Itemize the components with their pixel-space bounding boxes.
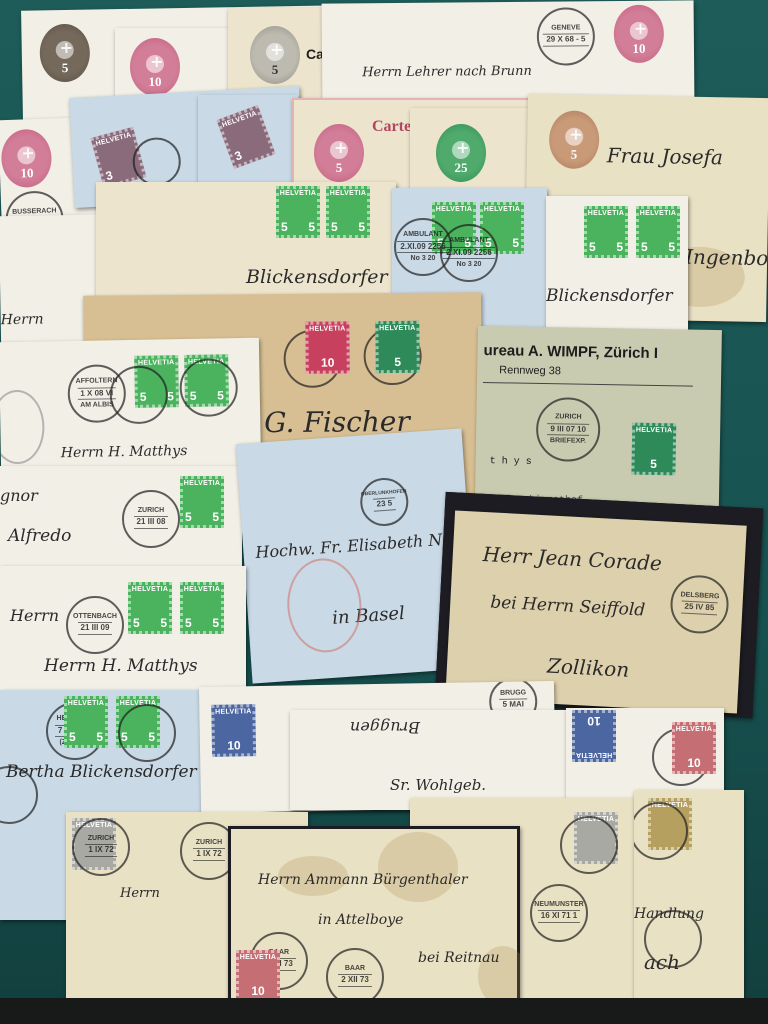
stamp-rose-helvetia: HELVETIA10 xyxy=(236,950,280,1002)
oval-stamp-25-green: 25 xyxy=(436,124,486,182)
handwriting: Herrn H. Matthys xyxy=(61,443,188,461)
handwriting: Herrn xyxy=(1,311,44,328)
postmark-geneve: GENEVE29 X 68 - 5 xyxy=(537,7,596,66)
cover-alfredo: ZURICH21 III 08 HELVETIA55 gnor Alfredo xyxy=(0,466,242,572)
cover-blickensdorfer-2: HELVETIA55 HELVETIA55 Blickensdorfer xyxy=(546,196,688,338)
postmark-zurich: ZURICH9 III 07 10BRIEFEXP. xyxy=(536,397,601,462)
stamp-helvetia-5: HELVETIA55 xyxy=(180,582,224,634)
mourning-cover-baar: Herrn Ammann Bürgenthaler in Attelboye b… xyxy=(228,826,520,1010)
handwriting: Blickensdorfer xyxy=(546,286,673,306)
handwriting: gnor xyxy=(0,486,38,505)
postmark xyxy=(634,802,688,860)
handwriting-inverted: Bruggen xyxy=(350,718,420,737)
cover-ottenbach: OTTENBACH21 III 09 HELVETIA55 HELVETIA55… xyxy=(0,566,246,690)
stamp-cross-5: HELVETIA5 xyxy=(375,321,419,373)
display-shelf xyxy=(0,998,768,1024)
blue-cover-violet-stamp: HELVETIA3 xyxy=(198,95,298,190)
handwriting: Alfredo xyxy=(8,526,71,546)
handwriting: in Attelboye xyxy=(318,912,403,928)
handwriting: Herrn Lehrer nach Brunn xyxy=(362,64,532,80)
letterhead-rule xyxy=(483,382,693,387)
stamp-violet: HELVETIA3 xyxy=(216,105,275,169)
postmark-neumunster: NEUMUNSTER16 XI 71 1 xyxy=(530,884,588,942)
oval-stamp-10-pink: 10 xyxy=(614,5,665,63)
oval-stamp-5-grey: 5 xyxy=(250,26,300,84)
handwriting: Herrn Ammann Bürgenthaler xyxy=(258,872,468,888)
postmark-zurich: ZURICH1 IX 72 xyxy=(72,818,130,876)
handwriting: bei Reitnau xyxy=(418,950,499,966)
stamp-helvetia-5: HELVETIA55 xyxy=(128,582,172,634)
postmark-ambulant: AMBULANT2.XI.09 2256No 3 20 xyxy=(440,224,498,282)
postmark-delsberg: DELSBERG25 IV 85 xyxy=(669,574,730,635)
handwriting: ach xyxy=(644,950,680,974)
handwriting: bei Herrn Seiffold xyxy=(490,592,646,620)
handwriting: Blickensdorfer xyxy=(246,266,388,288)
handwriting: Bertha Blickensdorfer xyxy=(6,762,197,782)
cover-two-stamps: HELVETIA10 HELVETIA10 xyxy=(566,708,724,802)
handwriting: Handlung xyxy=(634,906,704,922)
handwriting: Herrn xyxy=(120,886,160,901)
typed-name: t h y s xyxy=(489,456,531,468)
letterhead-address: Rennweg 38 xyxy=(499,364,561,377)
stamp-helvetia-5: HELVETIA55 xyxy=(326,186,370,238)
postmark-oberlunkhofen: OBERLUNKHOFEN23 5 xyxy=(359,476,410,527)
stamp-helvetia-5: HELVETIA55 xyxy=(276,186,320,238)
oval-stamp-10-pink: 10 xyxy=(0,128,52,188)
stamp-helvetia-5: HELVETIA55 xyxy=(584,206,628,258)
oval-stamp-5-brown: 5 xyxy=(39,24,90,83)
cover-olive-stamp: HELVETIA Handlung ach xyxy=(634,790,744,1002)
stamp-rose-helvetia: HELVETIA10 xyxy=(672,722,716,774)
handwriting: Sr. Wohlgeb. xyxy=(390,776,486,794)
cover-affoltern: AFFOLTERN1 X 08 VIAM ALBIS HELVETIA55 HE… xyxy=(0,338,261,473)
handwriting: Herrn xyxy=(10,606,59,625)
postmark-hedingen xyxy=(118,704,176,762)
letterhead-company: ureau A. WIMPF, Zürich I xyxy=(483,342,658,362)
stamp-blue-helvetia: HELVETIA10 xyxy=(211,704,256,757)
handwriting: Herr Jean Corade xyxy=(482,542,662,575)
stamp-cross-10: HELVETIA10 xyxy=(305,321,349,373)
stationery-envelope-geneve: GENEVE29 X 68 - 5 10 Herrn Lehrer nach B… xyxy=(322,0,695,103)
postmark-affoltern xyxy=(109,365,168,424)
postmark-affoltern xyxy=(179,358,238,417)
stamp-cross-5: HELVETIA5 xyxy=(631,423,676,476)
postmark-ottenbach: OTTENBACH21 III 09 xyxy=(66,596,124,654)
handwriting: Ingenbohl xyxy=(685,245,768,271)
stamp-helvetia-5: HELVETIA55 xyxy=(180,476,224,528)
stamp-helvetia-5: HELVETIA55 xyxy=(64,696,108,748)
postmark xyxy=(560,816,618,874)
handwriting: Zollikon xyxy=(547,654,630,682)
handwriting: Herrn H. Matthys xyxy=(44,656,198,676)
stamp-blue-helvetia: HELVETIA10 xyxy=(572,710,616,762)
postmark-zurich: ZURICH21 III 08 xyxy=(122,490,180,548)
cover-blickensdorfer: HELVETIA55 HELVETIA55 Blickensdorfer xyxy=(96,182,396,300)
oval-stamp-5-tan: 5 xyxy=(549,110,600,169)
oval-stamp-5-pink: 5 xyxy=(314,124,364,182)
stamp-helvetia-5: HELVETIA55 xyxy=(636,206,680,258)
oval-stamp-10-pink: 10 xyxy=(130,38,180,96)
postmark xyxy=(131,136,181,186)
handwriting: Frau Josefa xyxy=(607,143,723,169)
